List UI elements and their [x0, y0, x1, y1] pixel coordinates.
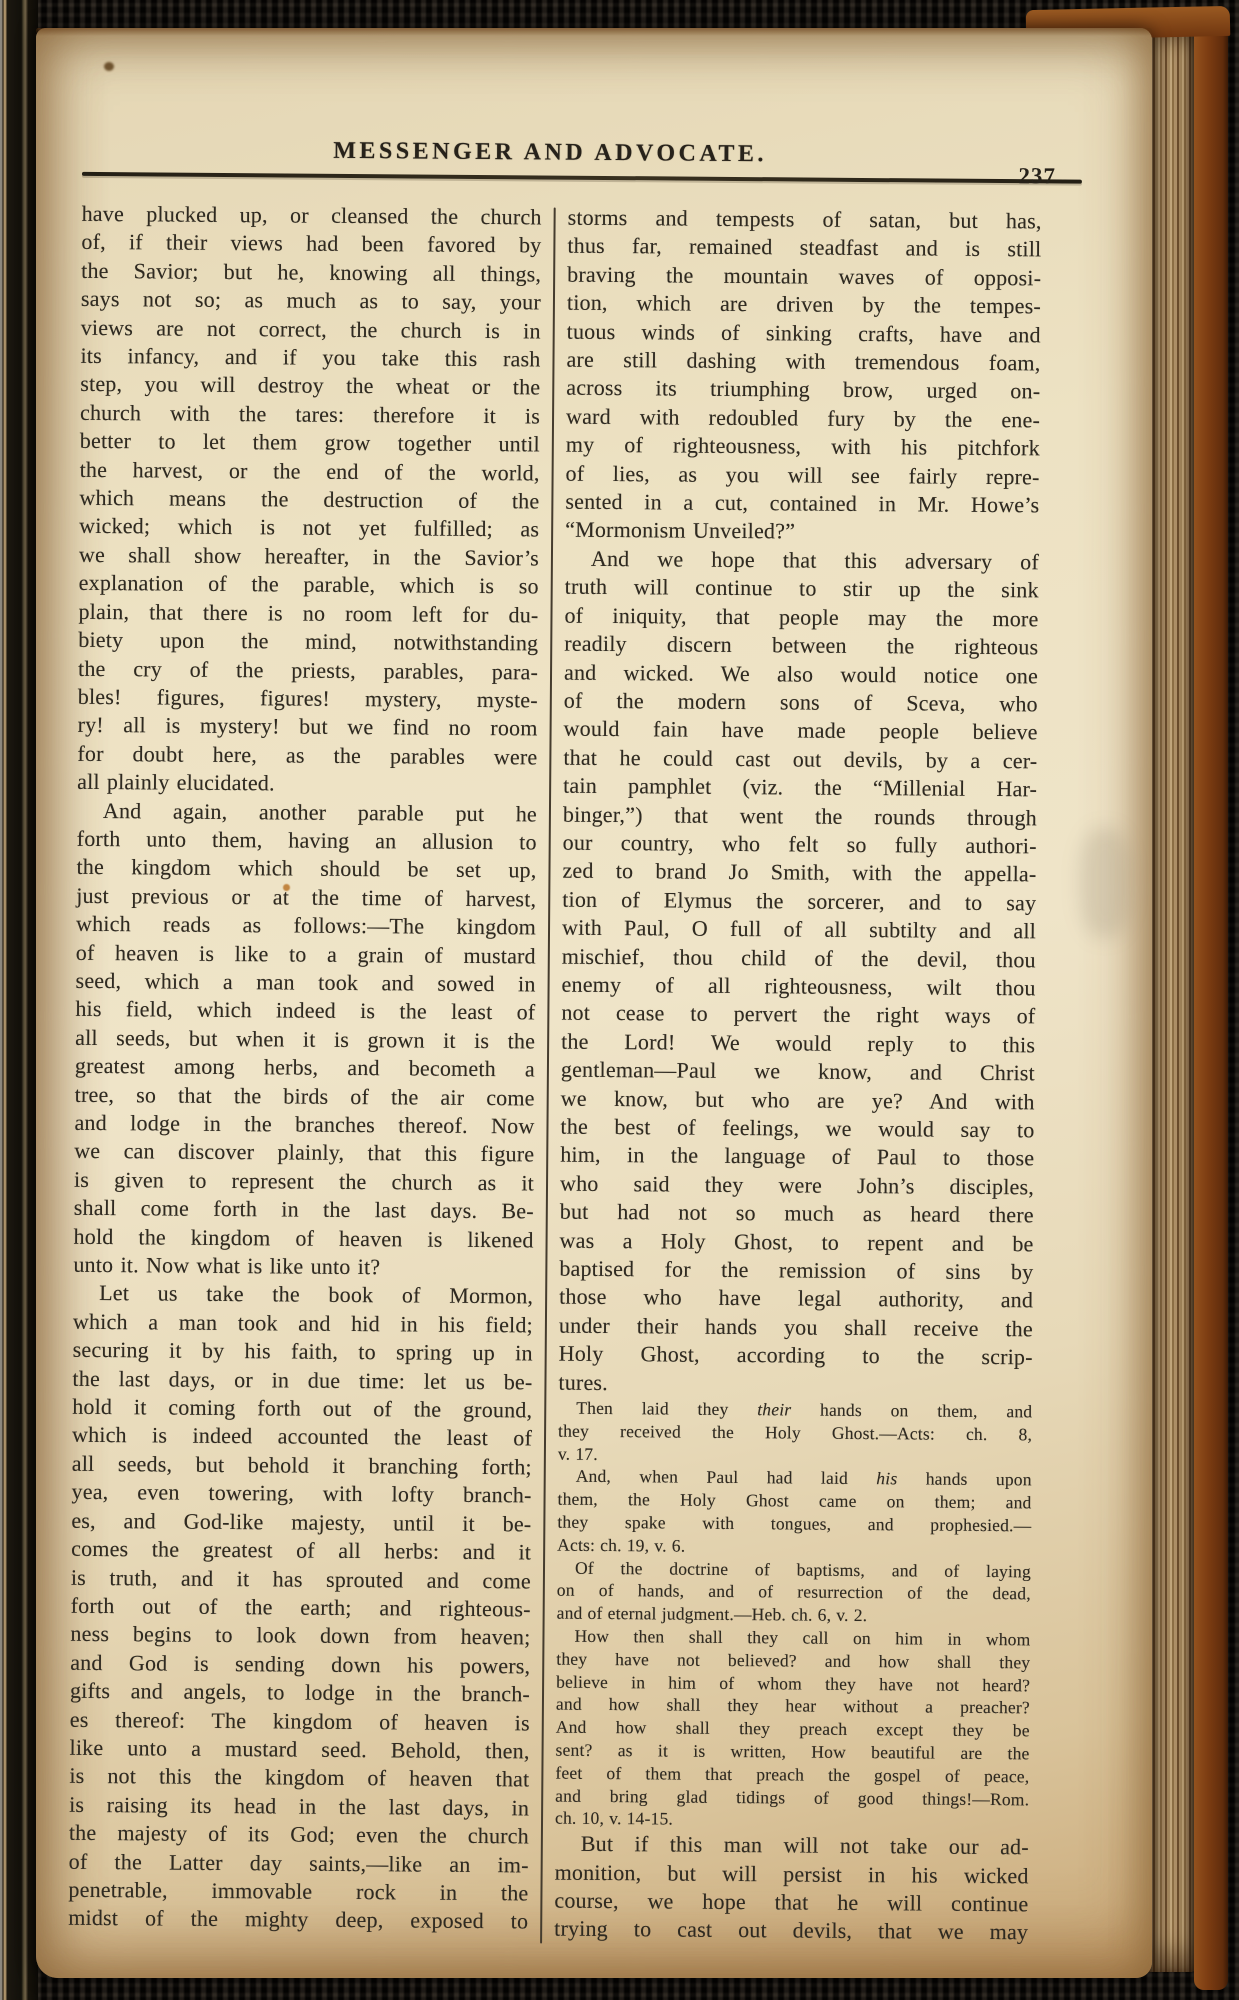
column-left: have plucked up, or cleansed the churcho… — [68, 200, 542, 1943]
text-line: is truth, and it has sprouted and come — [71, 1563, 531, 1595]
text-line: we know, but who are ye? And with — [561, 1084, 1035, 1116]
paragraph: Then laid they their hands on them, andt… — [558, 1397, 1033, 1469]
text-line: of the Latter day saints,—like an im- — [69, 1847, 529, 1879]
text-line: forth out of the earth; and righteous- — [71, 1592, 531, 1624]
text-line: my of righteousness, with his pitchfork — [566, 431, 1040, 463]
text-line: braving the mountain waves of opposi- — [567, 260, 1041, 292]
text-line: is raising its head in the last days, in — [69, 1791, 529, 1823]
text-line: hold it coming forth out of the ground, — [72, 1393, 532, 1425]
text-line: wicked; which is not yet fulfilled; as — [79, 512, 539, 544]
text-line: all seeds, but when it is grown it is th… — [75, 1024, 535, 1056]
text-line: the majesty of its God; even the church — [69, 1819, 529, 1851]
text-line: mischief, thou child of the devil, thou — [562, 942, 1036, 974]
paragraph: And, when Paul had laid his hands uponth… — [557, 1465, 1032, 1560]
text-line: tree, so that the birds of the air come — [75, 1080, 535, 1112]
text-line: the harvest, or the end of the world, — [80, 455, 540, 487]
text-line: but had not so much as heard there — [560, 1198, 1034, 1230]
text-line: those who have legal authority, and — [559, 1283, 1033, 1315]
text-line: comes the greatest of all herbs: and it — [71, 1535, 531, 1567]
text-line: biety upon the mind, notwithstanding — [78, 626, 538, 658]
text-line: who said they were John’s disciples, — [560, 1169, 1034, 1201]
text-line: truth will continue to stir up the sink — [565, 573, 1039, 605]
text-line: bles! figures, figures! mystery, myste- — [78, 683, 538, 715]
column-divider — [540, 208, 556, 1944]
text-line: securing it by his faith, to spring up i… — [73, 1336, 533, 1368]
paragraph: have plucked up, or cleansed the churcho… — [77, 200, 542, 800]
text-line: midst of the mighty deep, exposed to — [68, 1904, 528, 1936]
paragraph: storms and tempests of satan, but has,th… — [565, 204, 1042, 549]
text-line: and wicked. We also would notice one — [564, 658, 1038, 690]
book-binding-left — [0, 0, 38, 2000]
text-line: of, if their views had been favored by — [81, 228, 541, 260]
text-line: are still dashing with tremendous foam, — [566, 346, 1040, 378]
column-right: storms and tempests of satan, but has,th… — [554, 204, 1042, 1947]
text-line: is given to represent the church as it — [74, 1166, 534, 1198]
paragraph: Of the doctrine of baptisms, and of layi… — [557, 1556, 1032, 1628]
text-line: feet of them that preach the gospel of p… — [555, 1761, 1029, 1788]
book-page: MESSENGER AND ADVOCATE. 237 have plucked… — [36, 28, 1152, 1978]
text-line: seed, which a man took and sowed in — [76, 967, 536, 999]
text-line: tain pamphlet (viz. the “Millenial Har- — [563, 772, 1037, 804]
text-line: unto it. Now what is like unto it? — [73, 1251, 533, 1283]
text-line: and God is sending down his powers, — [70, 1649, 530, 1681]
text-line: readily discern between the righteous — [564, 630, 1038, 662]
text-line: the last days, or in due time: let us be… — [72, 1364, 532, 1396]
text-line: that he could cast out devils, by a cer- — [563, 743, 1037, 775]
text-line: says not so; as much as to say, your — [81, 285, 541, 317]
text-line: the best of feelings, we would say to — [560, 1113, 1034, 1145]
text-line: of lies, as you will see fairly repre- — [566, 459, 1040, 491]
text-line: they have not believed? and how shall th… — [556, 1647, 1030, 1674]
text-line: plain, that there is no room left for du… — [78, 598, 538, 630]
paragraph: How then shall they call on him in whomt… — [555, 1625, 1031, 1834]
text-line: all plainly elucidated. — [77, 768, 537, 800]
text-line: for doubt here, as the parables were — [77, 740, 537, 772]
text-line: all seeds, but behold it branching forth… — [72, 1450, 532, 1482]
text-line: under their hands you shall receive the — [559, 1311, 1033, 1343]
text-line: And we hope that this adversary of — [565, 545, 1039, 577]
text-line: trying to cast out devils, that we may — [554, 1915, 1028, 1947]
text-line: explanation of the parable, which is so — [79, 569, 539, 601]
text-line: is not this the kingdom of heaven that — [69, 1762, 529, 1794]
text-line: with Paul, O full of all subtilty and al… — [562, 914, 1036, 946]
text-line: of heaven is like to a grain of mustard — [76, 938, 536, 970]
text-line: es thereof: The kingdom of heaven is — [70, 1705, 530, 1737]
text-line: which is indeed accounted the least of — [72, 1421, 532, 1453]
paragraph: And again, another parable put heforth u… — [73, 796, 537, 1283]
text-line: forth unto them, having an allusion to — [77, 825, 537, 857]
text-line: But if this man will not take our ad- — [555, 1830, 1029, 1862]
text-line: gentleman—Paul we know, and Christ — [561, 1056, 1035, 1088]
book-fore-edge-pages — [1146, 26, 1198, 1972]
text-line: and lodge in the branches thereof. Now — [74, 1109, 534, 1141]
text-line: sented in a cut, contained in Mr. Howe’s — [565, 488, 1039, 520]
paper-smudge — [1080, 828, 1130, 938]
text-line: of iniquity, that people may the more — [564, 601, 1038, 633]
text-line: gifts and angels, to lodge in the branch… — [70, 1677, 530, 1709]
page-header: MESSENGER AND ADVOCATE. 237 — [82, 134, 1082, 178]
text-line: course, we hope that he will continue — [554, 1887, 1028, 1919]
text-line: hold the kingdom of heaven is likened — [73, 1222, 533, 1254]
text-line: they received the Holy Ghost.—Acts: ch. … — [558, 1419, 1032, 1446]
text-line: tion, which are driven by the tempes- — [567, 289, 1041, 321]
text-line: baptised for the remission of sins by — [559, 1255, 1033, 1287]
printed-area: MESSENGER AND ADVOCATE. 237 have plucked… — [68, 28, 1083, 1948]
paragraph: Let us take the book of Mormon,which a m… — [68, 1279, 533, 1936]
paragraph: But if this man will not take our ad-mon… — [554, 1830, 1029, 1947]
text-line: tures. — [558, 1368, 1032, 1400]
text-line: which a man took and hid in his field; — [73, 1308, 533, 1340]
text-line: penetrable, immovable rock in the — [68, 1876, 528, 1908]
text-line: we can discover plainly, that this figur… — [74, 1137, 534, 1169]
text-line: views are not correct, the church is in — [81, 313, 541, 345]
text-line: tuous winds of sinking crafts, have and — [567, 317, 1041, 349]
text-line: tion of Elymus the sorcerer, and to say — [562, 885, 1036, 917]
text-line: binger,”) that went the rounds through — [563, 800, 1037, 832]
text-line: step, you will destroy the wheat or the — [80, 370, 540, 402]
text-line: Holy Ghost, according to the scrip- — [559, 1340, 1033, 1372]
book-cover-edge — [1194, 10, 1228, 1990]
text-line: es, and God-like majesty, until it be- — [71, 1506, 531, 1538]
text-line: And again, another parable put he — [77, 796, 537, 828]
text-line: monition, but will persist in his wicked — [555, 1858, 1029, 1890]
text-line: ness begins to look down from heaven; — [70, 1620, 530, 1652]
text-line: ry! all is mystery! but we find no room — [78, 711, 538, 743]
text-line: yea, even towering, with lofty branch- — [71, 1478, 531, 1510]
text-line: of the modern sons of Sceva, who — [564, 687, 1038, 719]
text-line: not cease to pervert the right ways of — [561, 999, 1035, 1031]
text-line: which means the destruction of the — [79, 484, 539, 516]
paragraph: And we hope that this adversary oftruth … — [558, 545, 1039, 1401]
text-line: church with the tares: therefore it is — [80, 399, 540, 431]
text-line: storms and tempests of satan, but has, — [568, 204, 1042, 236]
text-line: Let us take the book of Mormon, — [73, 1279, 533, 1311]
text-line: ward with redoubled fury by the ene- — [566, 402, 1040, 434]
text-line: shall come forth in the last days. Be- — [74, 1194, 534, 1226]
text-line: would fain have made people believe — [563, 715, 1037, 747]
text-columns: have plucked up, or cleansed the churcho… — [68, 200, 1082, 1948]
text-line: Acts: ch. 19, v. 6. — [557, 1533, 1031, 1560]
text-line: just previous or at the time of harvest, — [76, 882, 536, 914]
book-photo: MESSENGER AND ADVOCATE. 237 have plucked… — [0, 0, 1239, 2000]
text-line: have plucked up, or cleansed the church — [82, 200, 542, 232]
text-line: the Lord! We would reply to this — [561, 1027, 1035, 1059]
text-line: which reads as follows:—The kingdom — [76, 910, 536, 942]
text-line: its infancy, and if you take this rash — [80, 342, 540, 374]
text-line: greatest among herbs, and becometh a — [75, 1052, 535, 1084]
text-line: thus far, remained steadfast and is stil… — [567, 232, 1041, 264]
text-line: we shall show hereafter, in the Savior’s — [79, 541, 539, 573]
text-line: his field, which indeed is the least of — [75, 995, 535, 1027]
text-line: our country, who felt so fully authori- — [563, 829, 1037, 861]
text-line: across its triumphing brow, urged on- — [566, 374, 1040, 406]
text-line: was a Holy Ghost, to repent and be — [559, 1226, 1033, 1258]
text-line: him, in the language of Paul to those — [560, 1141, 1034, 1173]
text-line: enemy of all righteousness, wilt thou — [561, 971, 1035, 1003]
text-line: the cry of the priests, parables, para- — [78, 654, 538, 686]
text-line: zed to brand Jo Smith, with the appella- — [562, 857, 1036, 889]
text-line: better to let them grow together until — [80, 427, 540, 459]
text-line: like unto a mustard seed. Behold, then, — [69, 1734, 529, 1766]
running-title: MESSENGER AND ADVOCATE. — [82, 134, 1082, 172]
text-line: the Savior; but he, knowing all things, — [81, 257, 541, 289]
text-line: “Mormonism Unveiled?” — [565, 516, 1039, 548]
page-number: 237 — [1018, 163, 1056, 189]
text-line: the kingdom which should be set up, — [76, 853, 536, 885]
